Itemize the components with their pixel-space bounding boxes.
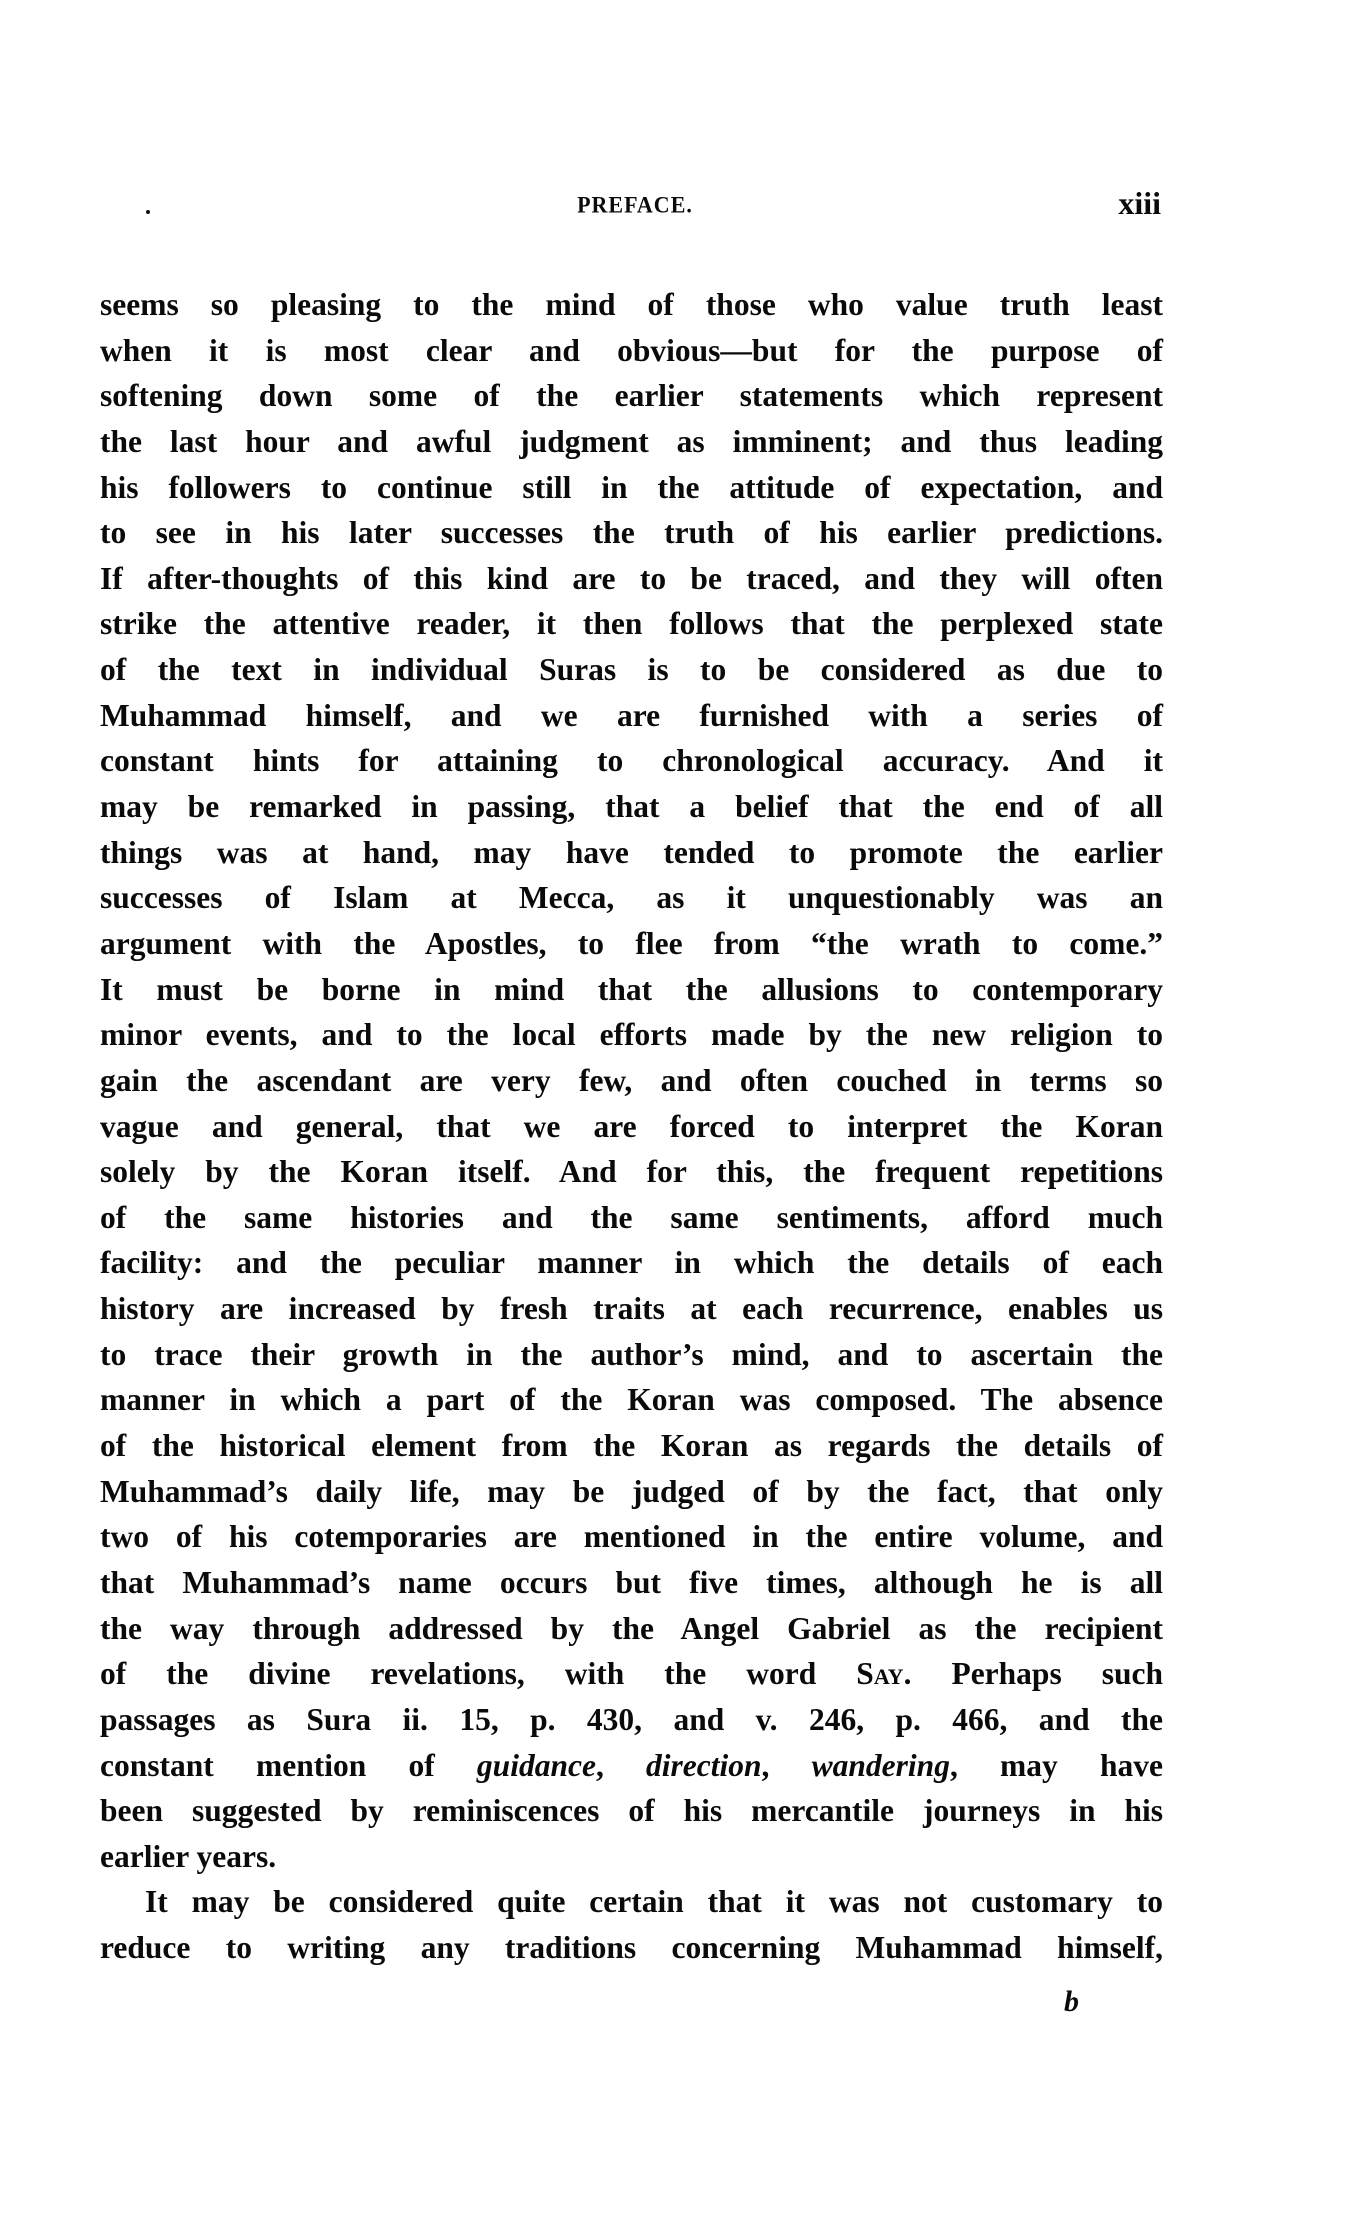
text-line: history are increased by fresh traits at… — [100, 1286, 1163, 1332]
text-run: , — [762, 1748, 812, 1783]
text-line: successes of Islam at Mecca, as it unque… — [100, 875, 1163, 921]
text-line: his followers to continue still in the a… — [100, 465, 1163, 511]
text-run: . Perhaps such — [904, 1656, 1163, 1691]
text-line: gain the ascendant are very few, and oft… — [100, 1058, 1163, 1104]
text-line: reduce to writing any traditions concern… — [100, 1925, 1163, 1971]
text-line: minor events, and to the local efforts m… — [100, 1012, 1163, 1058]
text-line: two of his cotemporaries are mentioned i… — [100, 1514, 1163, 1560]
text-line: vague and general, that we are forced to… — [100, 1104, 1163, 1150]
body-text: seems so pleasing to the mind of those w… — [100, 282, 1163, 1971]
text-line: Muhammad himself, and we are furnished w… — [100, 693, 1163, 739]
text-line: to trace their growth in the author’s mi… — [100, 1332, 1163, 1378]
text-line-italics: constant mention of guidance, direction,… — [100, 1743, 1163, 1789]
printer-mark-dot — [146, 210, 150, 214]
signature-mark: b — [1064, 1984, 1079, 2020]
running-head: PREFACE. xiii — [100, 190, 1163, 224]
text-line: If after-thoughts of this kind are to be… — [100, 556, 1163, 602]
text-line: strike the attentive reader, it then fol… — [100, 601, 1163, 647]
text-line: of the text in individual Suras is to be… — [100, 647, 1163, 693]
text-line: of the historical element from the Koran… — [100, 1423, 1163, 1469]
italic-word-wandering: wandering — [812, 1748, 950, 1783]
text-line: It must be borne in mind that the allusi… — [100, 967, 1163, 1013]
text-line: may be remarked in passing, that a belie… — [100, 784, 1163, 830]
paragraph-end-line: earlier years. — [100, 1834, 1163, 1880]
text-line: manner in which a part of the Koran was … — [100, 1377, 1163, 1423]
text-run: , — [596, 1748, 646, 1783]
text-line: facility: and the peculiar manner in whi… — [100, 1240, 1163, 1286]
text-line: that Muhammad’s name occurs but five tim… — [100, 1560, 1163, 1606]
book-page: PREFACE. xiii seems so pleasing to the m… — [0, 0, 1367, 2233]
text-line: solely by the Koran itself. And for this… — [100, 1149, 1163, 1195]
text-run: of the divine revelations, with the word — [100, 1656, 856, 1691]
text-line: to see in his later successes the truth … — [100, 510, 1163, 556]
text-run: , may have — [950, 1748, 1163, 1783]
text-line: argument with the Apostles, to flee from… — [100, 921, 1163, 967]
text-line: Muhammad’s daily life, may be judged of … — [100, 1469, 1163, 1515]
paragraph-start-line: It may be considered quite certain that … — [100, 1879, 1163, 1925]
italic-word-direction: direction — [646, 1748, 762, 1783]
text-line: of the same histories and the same senti… — [100, 1195, 1163, 1241]
text-run: constant mention of — [100, 1748, 477, 1783]
text-line: passages as Sura ii. 15, p. 430, and v. … — [100, 1697, 1163, 1743]
italic-word-guidance: guidance — [477, 1748, 596, 1783]
text-line: the last hour and awful judgment as immi… — [100, 419, 1163, 465]
text-line: things was at hand, may have tended to p… — [100, 830, 1163, 876]
running-head-title: PREFACE. — [568, 189, 702, 221]
text-line-say: of the divine revelations, with the word… — [100, 1651, 1163, 1697]
text-line: softening down some of the earlier state… — [100, 373, 1163, 419]
page-number: xiii — [1118, 186, 1161, 220]
text-line: constant hints for attaining to chronolo… — [100, 738, 1163, 784]
text-line: the way through addressed by the Angel G… — [100, 1606, 1163, 1652]
text-line: when it is most clear and obvious—but fo… — [100, 328, 1163, 374]
small-caps-word: Say — [856, 1656, 903, 1691]
text-line: been suggested by reminiscences of his m… — [100, 1788, 1163, 1834]
text-line: seems so pleasing to the mind of those w… — [100, 282, 1163, 328]
